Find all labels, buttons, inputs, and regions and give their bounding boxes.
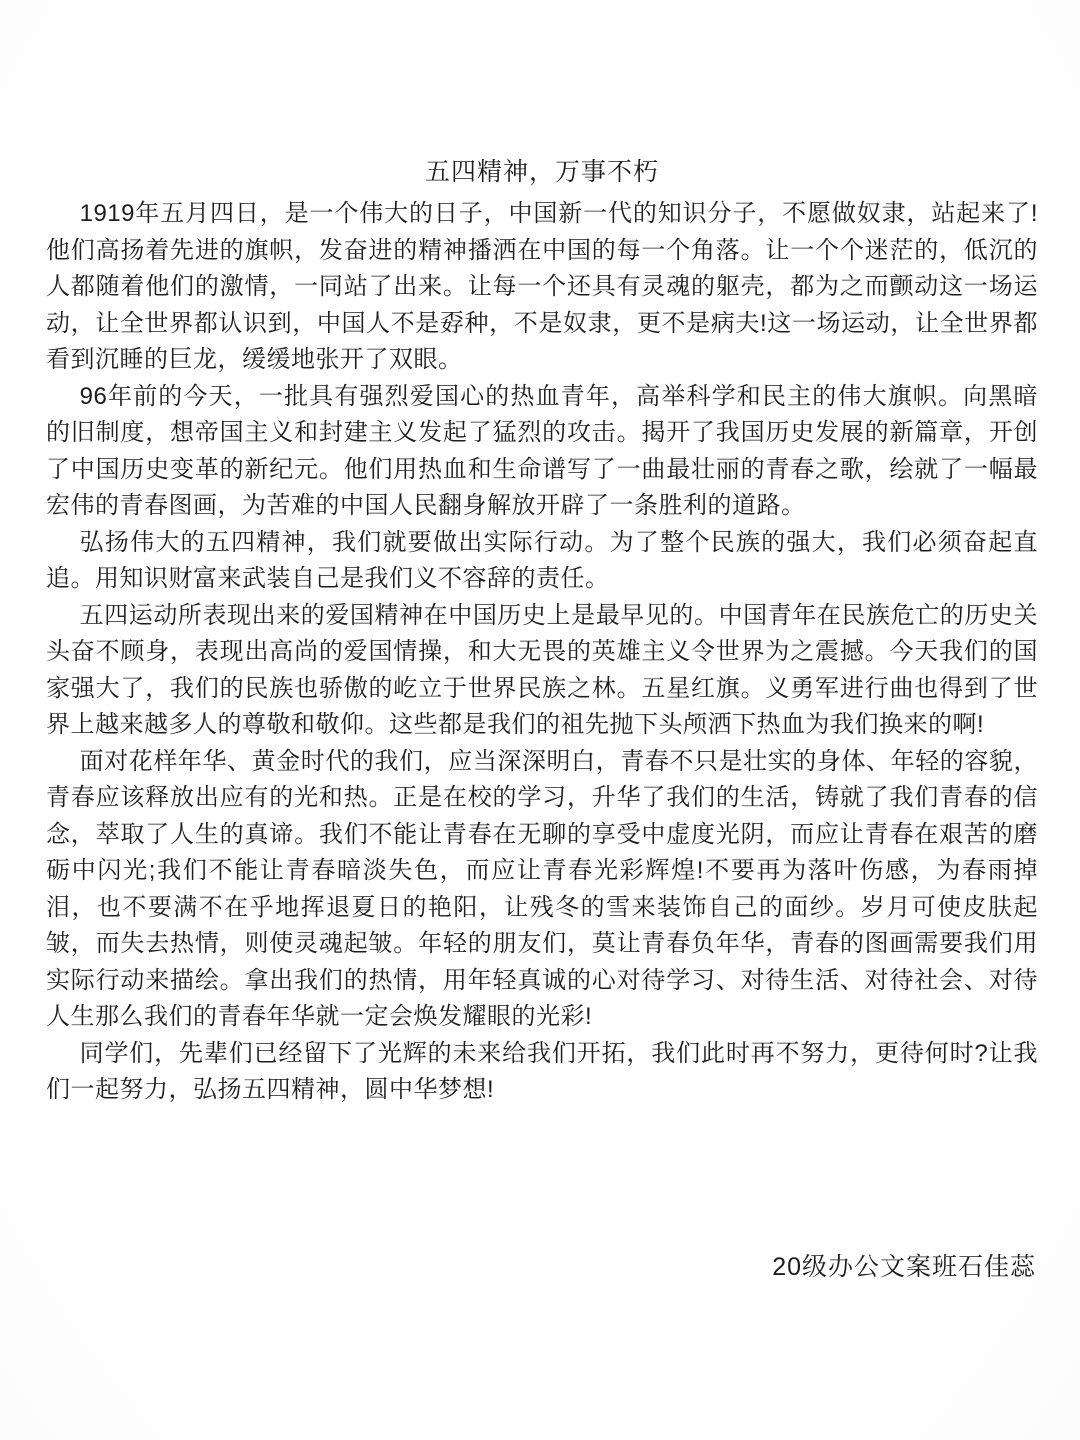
essay-paragraph-4: 五四运动所表现出来的爱国精神在中国历史上是最早见的。中国青年在民族危亡的历史关头…	[46, 598, 1038, 744]
essay-paragraph-6: 同学们，先辈们已经留下了光辉的未来给我们开拓，我们此时再不努力，更待何时?让我们…	[46, 1036, 1038, 1109]
essay-body: 1919年五月四日，是一个伟大的日子，中国新一代的知识分子，不愿做奴隶，站起来了…	[46, 196, 1038, 1109]
document-page: 五四精神，万事不朽 1919年五月四日，是一个伟大的日子，中国新一代的知识分子，…	[0, 0, 1080, 1440]
essay-signature: 20级办公文案班石佳蕊	[46, 1251, 1038, 1283]
essay-paragraph-2: 96年前的今天，一批具有强烈爱国心的热血青年，高举科学和民主的伟大旗帜。向黑暗的…	[46, 379, 1038, 525]
essay-paragraph-3: 弘扬伟大的五四精神，我们就要做出实际行动。为了整个民族的强大，我们必须奋起直追。…	[46, 525, 1038, 598]
essay-paragraph-5: 面对花样年华、黄金时代的我们，应当深深明白，青春不只是壮实的身体、年轻的容貌，青…	[46, 744, 1038, 1036]
essay-paragraph-1: 1919年五月四日，是一个伟大的日子，中国新一代的知识分子，不愿做奴隶，站起来了…	[46, 196, 1038, 379]
essay-title: 五四精神，万事不朽	[46, 152, 1038, 192]
